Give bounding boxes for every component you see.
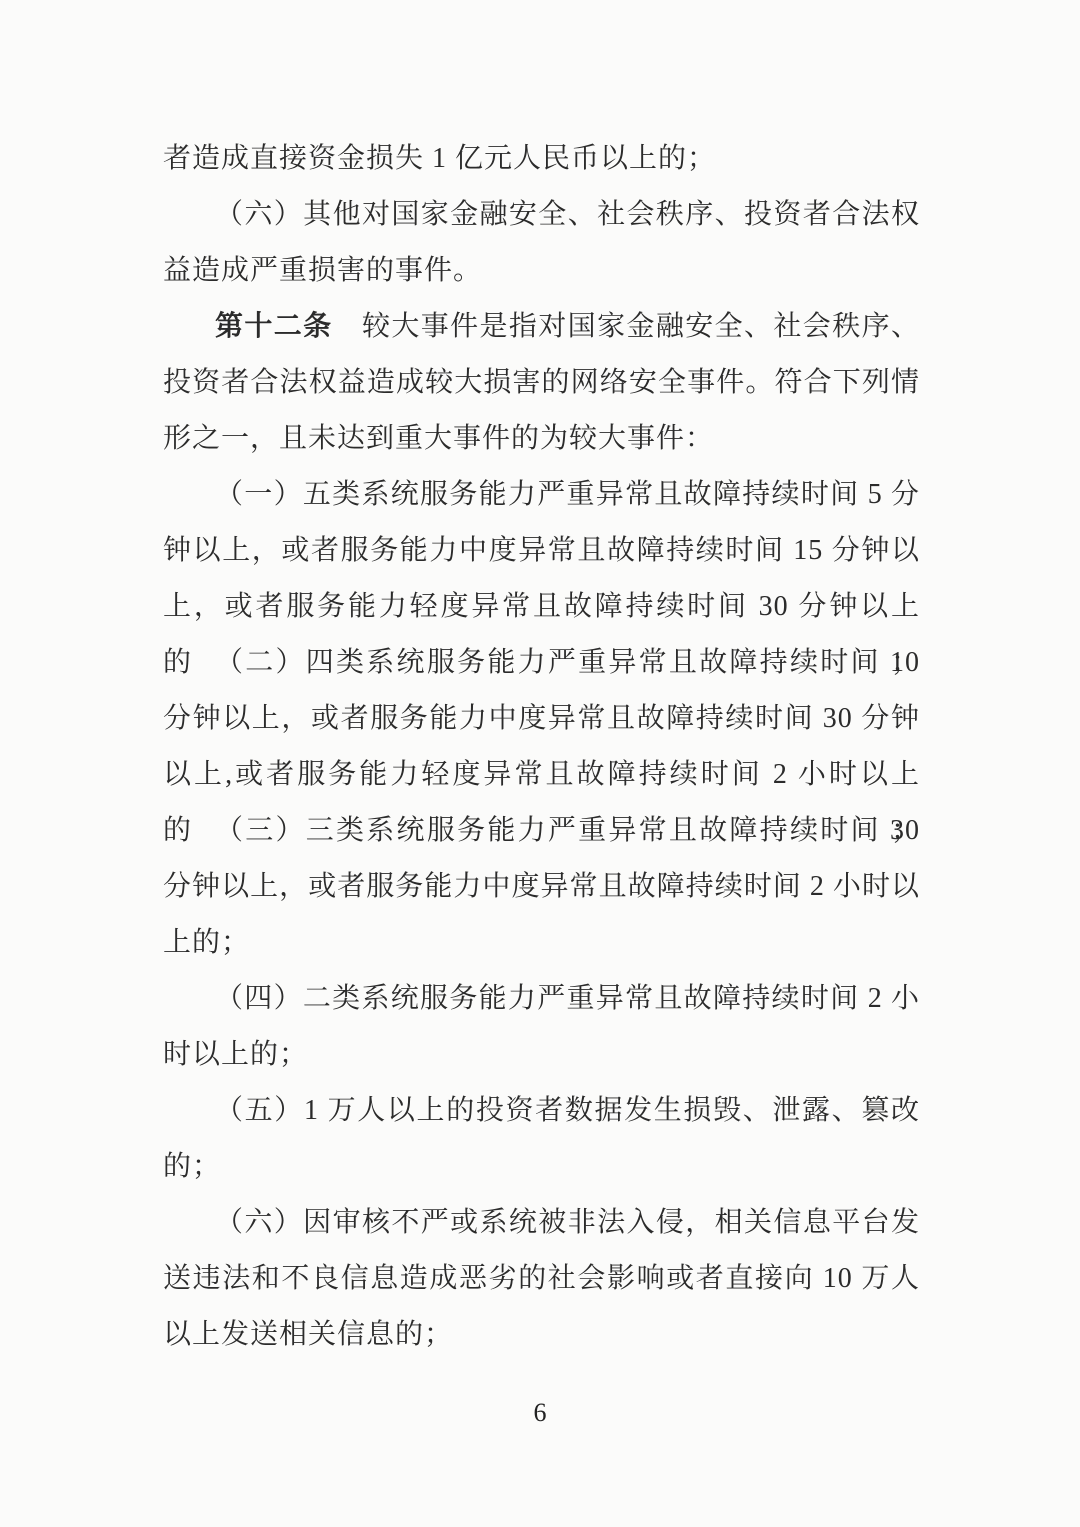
text-line: 分钟以上，或者服务能力中度异常且故障持续时间 30 分钟 — [163, 691, 920, 747]
text-line: 上的； — [163, 915, 920, 971]
page-number: 6 — [0, 1398, 1080, 1428]
text-line: 钟以上，或者服务能力中度异常且故障持续时间 15 分钟以 — [163, 523, 920, 579]
text-line: （一）五类系统服务能力严重异常且故障持续时间 5 分 — [163, 467, 920, 523]
text-line: （二）四类系统服务能力严重异常且故障持续时间 10 — [163, 635, 920, 691]
text-line: 投资者合法权益造成较大损害的网络安全事件。符合下列情 — [163, 355, 920, 411]
text-line: 上，或者服务能力轻度异常且故障持续时间 30 分钟以上的； — [163, 579, 920, 635]
text-line: 益造成严重损害的事件。 — [163, 243, 920, 299]
text-line: （六）其他对国家金融安全、社会秩序、投资者合法权 — [163, 187, 920, 243]
text-line: （五）1 万人以上的投资者数据发生损毁、泄露、篡改 — [163, 1083, 920, 1139]
text-line: 第十二条 较大事件是指对国家金融安全、社会秩序、 — [163, 299, 920, 355]
text-line: （四）二类系统服务能力严重异常且故障持续时间 2 小 — [163, 971, 920, 1027]
text-line: 形之一，且未达到重大事件的为较大事件： — [163, 411, 920, 467]
text-line: 的； — [163, 1139, 920, 1195]
text-line: 以上,或者服务能力轻度异常且故障持续时间 2 小时以上的； — [163, 747, 920, 803]
text-line: （三）三类系统服务能力严重异常且故障持续时间 30 — [163, 803, 920, 859]
text-line: 者造成直接资金损失 1 亿元人民币以上的； — [163, 131, 920, 187]
text-line: （六）因审核不严或系统被非法入侵，相关信息平台发 — [163, 1195, 920, 1251]
text-line: 以上发送相关信息的； — [163, 1307, 920, 1363]
text-line: 时以上的； — [163, 1027, 920, 1083]
text-line: 分钟以上，或者服务能力中度异常且故障持续时间 2 小时以 — [163, 859, 920, 915]
document-page: 者造成直接资金损失 1 亿元人民币以上的；（六）其他对国家金融安全、社会秩序、投… — [0, 0, 1080, 1527]
document-text-block: 者造成直接资金损失 1 亿元人民币以上的；（六）其他对国家金融安全、社会秩序、投… — [163, 131, 920, 1363]
article-number-bold: 第十二条 — [215, 311, 333, 342]
text-line: 送违法和不良信息造成恶劣的社会影响或者直接向 10 万人 — [163, 1251, 920, 1307]
